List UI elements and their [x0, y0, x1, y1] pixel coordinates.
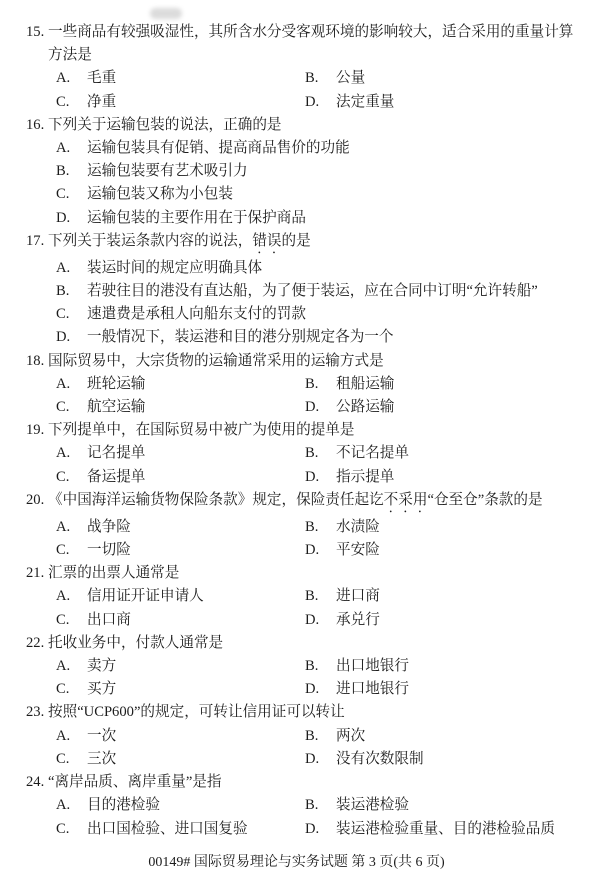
option-label: B. [305, 725, 336, 748]
option-text: 战争险 [87, 519, 131, 535]
option-label: D. [305, 609, 336, 632]
option-text: 装运港检验 [336, 797, 409, 813]
option: B.进口商 [305, 585, 593, 608]
option-text: 装运时间的规定应明确具体 [87, 260, 262, 276]
option-text: 若驶往目的港没有直达船，为了便于装运，应在合同中订明“允许转船” [87, 283, 538, 299]
option-text: 一般情况下，装运港和目的港分别规定各为一个 [87, 329, 393, 345]
stem-line: 托收业务中，付款人通常是 [48, 632, 593, 655]
option-label: A. [56, 725, 87, 748]
stem-text: 下列提单中，在国际贸易中被广为使用的提单是 [48, 422, 354, 438]
option-label: B. [305, 373, 336, 396]
page-footer: 00149# 国际贸易理论与实务试题 第 3 页(共 6 页) [0, 851, 593, 874]
stem-line: 一些商品有较强吸湿性，其所含水分受客观环境的影响较大，适合采用的重量计算 [48, 21, 593, 44]
option: B.出口地银行 [305, 655, 593, 678]
option: D.指示提单 [305, 466, 593, 489]
option-text: 出口商 [87, 612, 131, 628]
option-text: 平安险 [336, 542, 380, 558]
option: A.毛重 [56, 67, 305, 90]
option-list: A.卖方B.出口地银行C.买方D.进口地银行 [56, 655, 593, 701]
stem-text: “仓至仓”条款的是 [427, 492, 542, 508]
option-label: C. [56, 466, 87, 489]
option-label: B. [56, 160, 87, 183]
option: D.运输包装的主要作用在于保护商品 [56, 207, 593, 230]
stem-text: 一些商品有较强吸湿性，其所含水分受客观环境的影响较大，适合采用的重量计算 [48, 24, 573, 40]
option-list: A.毛重B.公量C.净重D.法定重量 [56, 67, 593, 113]
stem-text: 托收业务中，付款人通常是 [48, 635, 223, 651]
stem-text: 方法是 [48, 47, 92, 63]
option: C.买方 [56, 678, 305, 701]
option: B.运输包装要有艺术吸引力 [56, 160, 593, 183]
option-label: A. [56, 442, 87, 465]
option-text: 水渍险 [336, 519, 380, 535]
option-text: 信用证开证申请人 [87, 588, 204, 604]
question-stem: 托收业务中，付款人通常是 [48, 632, 593, 655]
option-label: D. [305, 818, 336, 841]
question-number: 24. [26, 771, 44, 794]
option-label: C. [56, 818, 87, 841]
question-stem: 下列关于装运条款内容的说法，错误的是 [48, 230, 593, 257]
option-text: 租船运输 [336, 376, 394, 392]
exam-page: 15. 一些商品有较强吸湿性，其所含水分受客观环境的影响较大，适合采用的重量计算… [0, 0, 593, 884]
option-label: B. [305, 585, 336, 608]
question-number: 15. [26, 21, 44, 44]
option: B.租船运输 [305, 373, 593, 396]
question-list: 15. 一些商品有较强吸湿性，其所含水分受客观环境的影响较大，适合采用的重量计算… [0, 21, 593, 841]
question-number: 23. [26, 701, 44, 724]
option-label: A. [56, 516, 87, 539]
option: C.出口商 [56, 609, 305, 632]
option: C.运输包装又称为小包装 [56, 183, 593, 206]
option-label: B. [305, 655, 336, 678]
option-text: 没有次数限制 [336, 751, 424, 767]
stem-line: 国际贸易中，大宗货物的运输通常采用的运输方式是 [48, 350, 593, 373]
question-number: 16. [26, 114, 44, 137]
option-label: A. [56, 794, 87, 817]
option-list: A.班轮运输B.租船运输C.航空运输D.公路运输 [56, 373, 593, 419]
option-label: A. [56, 67, 87, 90]
option: A.班轮运输 [56, 373, 305, 396]
question-stem: 下列提单中，在国际贸易中被广为使用的提单是 [48, 419, 593, 442]
stem-line: 下列关于装运条款内容的说法，错误的是 [48, 230, 593, 257]
option-label: D. [305, 748, 336, 771]
stem-line: 《中国海洋运输货物保险条款》规定，保险责任起讫不采用“仓至仓”条款的是 [48, 489, 593, 516]
option-label: B. [305, 67, 336, 90]
option: C.速遣费是承租人向船东支付的罚款 [56, 303, 593, 326]
question-number: 21. [26, 562, 44, 585]
option: B.水渍险 [305, 516, 593, 539]
stem-text: 下列关于装运条款内容的说法， [48, 233, 252, 249]
option-label: C. [56, 396, 87, 419]
option-text: 两次 [336, 728, 365, 744]
scan-smudge [150, 8, 182, 19]
option: D.一般情况下，装运港和目的港分别规定各为一个 [56, 326, 593, 349]
question: 15. 一些商品有较强吸湿性，其所含水分受客观环境的影响较大，适合采用的重量计算… [0, 21, 593, 114]
option-list: A.信用证开证申请人B.进口商C.出口商D.承兑行 [56, 585, 593, 631]
option-text: 运输包装的主要作用在于保护商品 [87, 210, 306, 226]
question: 19. 下列提单中，在国际贸易中被广为使用的提单是 A.记名提单B.不记名提单C… [0, 419, 593, 489]
option-text: 装运港检验重量、目的港检验品质 [336, 821, 555, 837]
question: 16. 下列关于运输包装的说法，正确的是 A.运输包装具有促销、提高商品售价的功… [0, 114, 593, 230]
option-label: B. [56, 280, 87, 303]
option-text: 记名提单 [87, 445, 145, 461]
option-label: C. [56, 91, 87, 114]
option: A.目的港检验 [56, 794, 305, 817]
option: B.两次 [305, 725, 593, 748]
question-number: 19. [26, 419, 44, 442]
option: C.一切险 [56, 539, 305, 562]
option-list: A.记名提单B.不记名提单C.备运提单D.指示提单 [56, 442, 593, 488]
option-label: B. [305, 794, 336, 817]
question-stem: 《中国海洋运输货物保险条款》规定，保险责任起讫不采用“仓至仓”条款的是 [48, 489, 593, 516]
option-label: B. [305, 442, 336, 465]
option-text: 公量 [336, 70, 365, 86]
option-label: C. [56, 678, 87, 701]
question-stem: 一些商品有较强吸湿性，其所含水分受客观环境的影响较大，适合采用的重量计算方法是 [48, 21, 593, 67]
option-label: A. [56, 655, 87, 678]
question: 22. 托收业务中，付款人通常是 A.卖方B.出口地银行C.买方D.进口地银行 [0, 632, 593, 702]
stem-text: 下列关于运输包装的说法，正确的是 [48, 117, 282, 133]
option-label: D. [56, 326, 87, 349]
option: C.出口国检验、进口国复验 [56, 818, 305, 841]
option-text: 承兑行 [336, 612, 380, 628]
option-text: 出口地银行 [336, 658, 409, 674]
option: D.没有次数限制 [305, 748, 593, 771]
option: B.若驶往目的港没有直达船，为了便于装运，应在合同中订明“允许转船” [56, 280, 593, 303]
option-label: A. [56, 373, 87, 396]
option-text: 不记名提单 [336, 445, 409, 461]
option: D.公路运输 [305, 396, 593, 419]
question-number: 20. [26, 489, 44, 512]
stem-emphasized-text: 不采用 [384, 492, 428, 508]
option-label: C. [56, 539, 87, 562]
stem-text: 国际贸易中，大宗货物的运输通常采用的运输方式是 [48, 353, 384, 369]
option: A.一次 [56, 725, 305, 748]
stem-line: 下列提单中，在国际贸易中被广为使用的提单是 [48, 419, 593, 442]
option-text: 运输包装又称为小包装 [87, 186, 233, 202]
option: B.不记名提单 [305, 442, 593, 465]
option: C.备运提单 [56, 466, 305, 489]
stem-text: 的是 [282, 233, 311, 249]
option: A.卖方 [56, 655, 305, 678]
option-text: 速遣费是承租人向船东支付的罚款 [87, 306, 306, 322]
option-label: A. [56, 137, 87, 160]
option: A.运输包装具有促销、提高商品售价的功能 [56, 137, 593, 160]
option-text: 出口国检验、进口国复验 [87, 821, 248, 837]
option: A.装运时间的规定应明确具体 [56, 257, 593, 280]
option: D.承兑行 [305, 609, 593, 632]
question: 20. 《中国海洋运输货物保险条款》规定，保险责任起讫不采用“仓至仓”条款的是 … [0, 489, 593, 562]
stem-line: 汇票的出票人通常是 [48, 562, 593, 585]
option: C.净重 [56, 91, 305, 114]
option-list: A.战争险B.水渍险C.一切险D.平安险 [56, 516, 593, 562]
question-stem: 按照“UCP600”的规定，可转让信用证可以转让 [48, 701, 593, 724]
stem-line: 下列关于运输包装的说法，正确的是 [48, 114, 593, 137]
option-text: 班轮运输 [87, 376, 145, 392]
stem-line: “离岸品质、离岸重量”是指 [48, 771, 593, 794]
question-number: 17. [26, 230, 44, 253]
option-label: D. [56, 207, 87, 230]
question: 23. 按照“UCP600”的规定，可转让信用证可以转让 A.一次B.两次C.三… [0, 701, 593, 771]
option: D.进口地银行 [305, 678, 593, 701]
option: B.装运港检验 [305, 794, 593, 817]
option-label: D. [305, 539, 336, 562]
option-list: A.运输包装具有促销、提高商品售价的功能B.运输包装要有艺术吸引力C.运输包装又… [56, 137, 593, 230]
option-text: 进口地银行 [336, 681, 409, 697]
option: B.公量 [305, 67, 593, 90]
option: A.信用证开证申请人 [56, 585, 305, 608]
option-label: C. [56, 609, 87, 632]
option: C.航空运输 [56, 396, 305, 419]
option-text: 一切险 [87, 542, 131, 558]
option-label: D. [305, 678, 336, 701]
option: A.记名提单 [56, 442, 305, 465]
option-label: D. [305, 466, 336, 489]
stem-text: “离岸品质、离岸重量”是指 [48, 774, 222, 790]
option-text: 运输包装要有艺术吸引力 [87, 163, 248, 179]
option-label: C. [56, 303, 87, 326]
option-label: B. [305, 516, 336, 539]
option: D.装运港检验重量、目的港检验品质 [305, 818, 593, 841]
stem-text: 《中国海洋运输货物保险条款》规定，保险责任起讫 [48, 492, 384, 508]
stem-line: 方法是 [48, 44, 593, 67]
option-label: A. [56, 585, 87, 608]
stem-text: 按照“UCP600”的规定，可转让信用证可以转让 [48, 704, 345, 720]
option-text: 公路运输 [336, 399, 394, 415]
stem-text: 汇票的出票人通常是 [48, 565, 179, 581]
question-stem: 国际贸易中，大宗货物的运输通常采用的运输方式是 [48, 350, 593, 373]
question-stem: 下列关于运输包装的说法，正确的是 [48, 114, 593, 137]
option-label: A. [56, 257, 87, 280]
question-number: 18. [26, 350, 44, 373]
option-text: 备运提单 [87, 469, 145, 485]
option-list: A.目的港检验B.装运港检验C.出口国检验、进口国复验D.装运港检验重量、目的港… [56, 794, 593, 840]
option-text: 毛重 [87, 70, 116, 86]
option-text: 买方 [87, 681, 116, 697]
option-text: 净重 [87, 94, 116, 110]
option-text: 指示提单 [336, 469, 394, 485]
option-text: 一次 [87, 728, 116, 744]
option-label: D. [305, 396, 336, 419]
option-text: 航空运输 [87, 399, 145, 415]
stem-emphasized-text: 错误 [252, 233, 281, 249]
question: 17. 下列关于装运条款内容的说法，错误的是 A.装运时间的规定应明确具体B.若… [0, 230, 593, 350]
option-text: 三次 [87, 751, 116, 767]
option-list: A.装运时间的规定应明确具体B.若驶往目的港没有直达船，为了便于装运，应在合同中… [56, 257, 593, 350]
option-text: 卖方 [87, 658, 116, 674]
option-text: 运输包装具有促销、提高商品售价的功能 [87, 140, 350, 156]
question-stem: 汇票的出票人通常是 [48, 562, 593, 585]
option: D.法定重量 [305, 91, 593, 114]
option: A.战争险 [56, 516, 305, 539]
question-stem: “离岸品质、离岸重量”是指 [48, 771, 593, 794]
question: 24. “离岸品质、离岸重量”是指 A.目的港检验B.装运港检验C.出口国检验、… [0, 771, 593, 841]
question-number: 22. [26, 632, 44, 655]
option-text: 法定重量 [336, 94, 394, 110]
option: C.三次 [56, 748, 305, 771]
option-list: A.一次B.两次C.三次D.没有次数限制 [56, 725, 593, 771]
option-text: 目的港检验 [87, 797, 160, 813]
option-text: 进口商 [336, 588, 380, 604]
option-label: C. [56, 748, 87, 771]
option: D.平安险 [305, 539, 593, 562]
question: 21. 汇票的出票人通常是 A.信用证开证申请人B.进口商C.出口商D.承兑行 [0, 562, 593, 632]
option-label: D. [305, 91, 336, 114]
question: 18. 国际贸易中，大宗货物的运输通常采用的运输方式是 A.班轮运输B.租船运输… [0, 350, 593, 420]
stem-line: 按照“UCP600”的规定，可转让信用证可以转让 [48, 701, 593, 724]
option-label: C. [56, 183, 87, 206]
